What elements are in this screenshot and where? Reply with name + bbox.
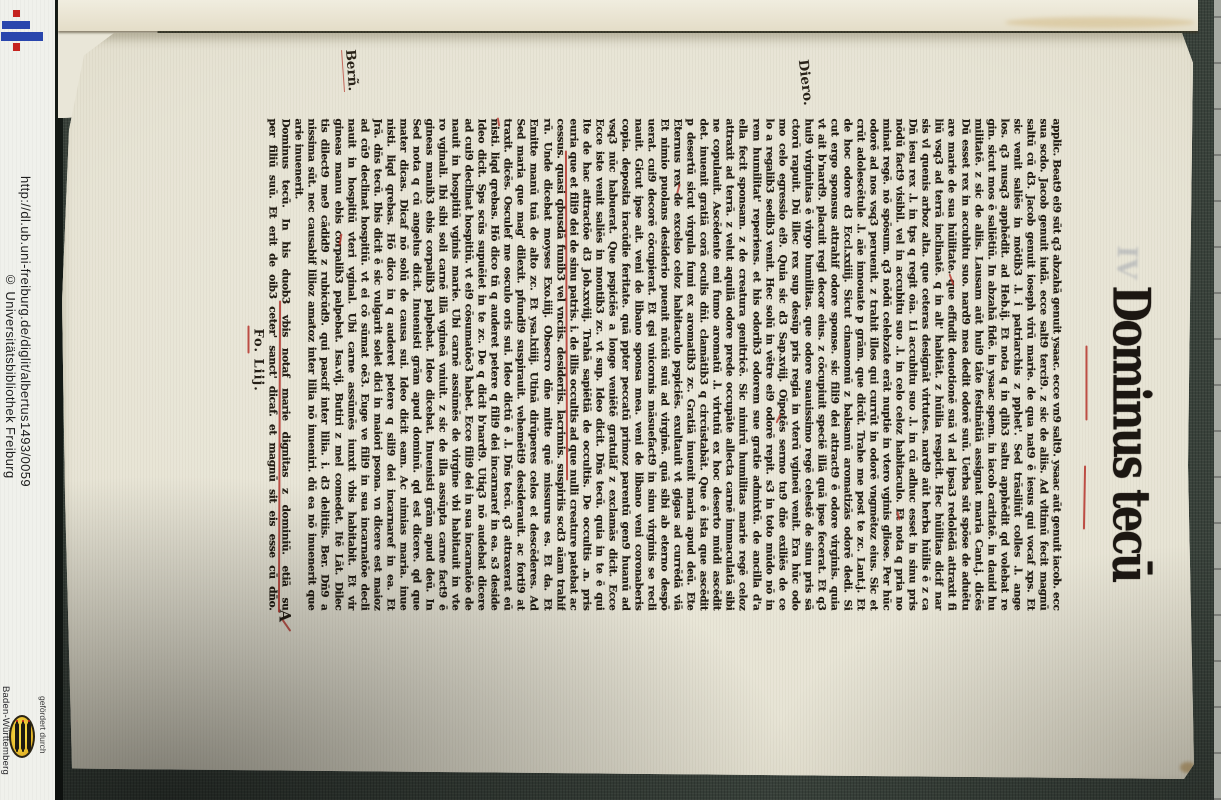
lion-figure	[21, 723, 25, 750]
body-text-line: Dn̄ iesu rex .l. in tps q regit oīa. Li …	[905, 118, 918, 610]
book-page: IV Dominus tecū applic. Beat9 ei9 sūt q3…	[62, 33, 1199, 779]
body-text-line: det. inuenit gratiā corā oculis dn̄i. cl…	[696, 118, 709, 610]
body-text-line: sic venit saliēs in mōtib3 .l. i patriar…	[1010, 118, 1023, 610]
body-text-line: tis dilect9 me9 cādid9 z rubicūd9. qui p…	[317, 118, 330, 610]
body-text-line: vt ait b'nard9. placuit regi decor eius.…	[814, 118, 827, 610]
library-sidebar: http://dl.ub.uni-freiburg.de/diglit/albe…	[0, 0, 55, 800]
body-text-line: ad cū9 declinat hospitiū. vt ei cō sūmat…	[357, 118, 370, 610]
logo-red-block	[13, 10, 20, 17]
red-underline	[1082, 465, 1085, 529]
body-text-line: hui9 virginitas ē virgo humilitas. que o…	[801, 118, 814, 610]
body-text-line: minat regē. nō spōsum. q3 nōdū celebzate…	[879, 118, 892, 610]
source-attribution: http://dl.ub.uni-freiburg.de/diglit/albe…	[3, 176, 33, 606]
ink-offset-ghost: IV	[1109, 244, 1141, 279]
body-text-line: p desertū sicut virgula fumi ex aromatib…	[683, 118, 696, 610]
baden-wuerttemberg-coat-of-arms-icon	[9, 715, 35, 758]
body-text-line: copia. deposita iracūdie feritate. quā p…	[618, 118, 631, 610]
body-text-line: are marie de sua hūilitate. que effudit …	[944, 118, 957, 610]
book-photograph: IV Dominus tecū applic. Beat9 ei9 sūt q3…	[55, 0, 1221, 800]
body-text-line: rem humilitat' reperiens. et his odorib3…	[749, 118, 762, 610]
body-text-line: nauit in hospitiū vginis marie. Ubi carn…	[448, 118, 461, 610]
red-underline	[247, 325, 249, 353]
source-url: http://dl.ub.uni-freiburg.de/diglit/albe…	[18, 176, 33, 606]
body-text-line: nissima sūt. nec causabif lilioz amatoz …	[304, 118, 317, 610]
body-text-line: sua scdo. Jacob genuit iudā. ecce salt9 …	[1036, 118, 1049, 610]
body-text-line: applic. Beat9 ei9 sūt q3 abzahā genuit y…	[1049, 118, 1062, 610]
running-title: Dominus tecū	[1104, 285, 1155, 498]
body-text-line: Jrā. dn̄s tecū. Ibis dicit ē sic vulgari…	[370, 118, 383, 610]
lion-figure	[15, 723, 19, 750]
body-text-line: nisti. liqd qrebas. Hō dico tn̄ q audere…	[487, 118, 500, 610]
body-text-line: ro vginali. Ibi sibi soli carnē illā vgi…	[435, 118, 448, 610]
body-text-line: cut ergo sponsus attrahif odore sponse. …	[827, 118, 840, 610]
body-text-line: Ecce iste venit saliēs in montib3 zc. vt…	[592, 118, 605, 610]
body-text-line: Sed nota q cū angelus dicit. Inuenisti g…	[409, 118, 422, 610]
body-text-line: de hoc odore d3 Eccl.xxiiij. Sicut cinam…	[840, 118, 853, 610]
funding-region-label: Baden-Württemberg	[0, 686, 11, 800]
body-text-line: mo celo egressio ei9. Quia sic d3 Sap.xv…	[775, 118, 788, 610]
body-text-line: los. q3 nusq3 apphēdit. ad Heb.ij. Et no…	[997, 118, 1010, 610]
body-text-line: traxit. dicēs. Osculef me osculo oris su…	[500, 118, 513, 610]
body-text-line: gineas manib3 ebis corpalib3 palpebat. I…	[422, 118, 435, 610]
body-text-line: militatē. z sic de aliis. Lausam aūt hui…	[971, 118, 984, 610]
scanned-book-viewer: IV Dominus tecū applic. Beat9 ei9 sūt q3…	[0, 0, 1221, 800]
body-text-line: Sed maria que mag' dilexit. pfundi9 susp…	[513, 118, 526, 610]
red-underline	[277, 300, 280, 612]
margin-note-hiero: Diero.	[794, 58, 815, 106]
body-text-line: nauit in hospitiū vteri vginal. Ubi carn…	[344, 118, 357, 610]
funding-label: gefördert durch	[38, 696, 48, 758]
ub-freiburg-logo-icon	[0, 0, 55, 60]
body-text-line: gin. sicut mos ē saliētiū. In abzahā fid…	[984, 118, 997, 610]
lion-figure	[27, 723, 31, 750]
copyright-line: © Universitätsbibliothek Freiburg	[3, 176, 18, 606]
shadow-gutter	[55, 0, 63, 800]
body-text-line: attraxit ad terrā. z velut aquilā odore …	[722, 118, 735, 610]
body-text-line: ella fecit sponsam. z de creatura genitr…	[735, 118, 748, 610]
logo-red-block	[13, 43, 20, 51]
margin-note-bern: Berñ.	[341, 48, 361, 91]
body-text-line: ctorū rapuit. Dū illec rex sup desūp pri…	[788, 118, 801, 610]
lion-tongue	[22, 720, 24, 722]
body-text-line: sis vl quenis arboz alta. que ceteras de…	[918, 118, 931, 610]
body-text-line: nisti. liqd qrebas. Hō dico in q auderet…	[383, 118, 396, 610]
body-text-line: gineas manu ebis corpalib3 palpebat. Isa…	[331, 118, 344, 610]
body-text-line: cessus. quasi qbusdā funib3 vel vnciis. …	[553, 118, 566, 610]
body-text-line: Et nimio puolans desiderio puenit nūciū …	[657, 118, 670, 610]
body-text-line: arie inuenerit.	[291, 118, 304, 610]
body-text-line: saltū cū d3. Jacob genuit ioseph virū ma…	[1023, 118, 1036, 610]
logo-blue-bar	[1, 32, 43, 41]
body-text-line: vsq3 nūc habuerat. Que pspiciēs a longe …	[605, 118, 618, 610]
lion-tongue	[28, 720, 30, 722]
lion-tongue	[16, 720, 19, 723]
scan-edge-strip	[1214, 0, 1221, 800]
body-text-line: lo a regalib3 sedib3 venit. Hec solū in …	[762, 118, 775, 610]
body-text-line: nauit. Gicut ipse ait. veni de libano sp…	[631, 118, 644, 610]
body-text-line: ad cui9 declinat hospitiū. vt ei9 cōsuma…	[461, 118, 474, 610]
body-text-line: ne copulauit. Ascēdente eni fumo aromatū…	[709, 118, 722, 610]
body-text-line: uerat. cui9 decorē cōcupierat. Et qsi vn…	[644, 118, 657, 610]
body-text-line: Ite de hac attractōe d3 Job.xxviij. Trah…	[579, 118, 592, 610]
rotated-page-content: IV Dominus tecū applic. Beat9 ei9 sūt q3…	[62, 33, 1199, 779]
body-text-line: crūt adolescētule .l. aīe innouate p grā…	[853, 118, 866, 610]
body-text-line: nōdū fact9 visibil. vel in accubitu suo …	[892, 118, 905, 610]
red-underline	[1085, 345, 1087, 420]
body-text-line: liū vsq3 ad terrā inclinatē. q in alt' h…	[931, 118, 944, 610]
folio-number: Fo. Liij.	[250, 328, 265, 391]
body-text-line: per filiū suū. Et erit de oib3 ceter' sa…	[265, 118, 278, 610]
body-text-line: Emitte manū tuā de alto zc. Et ysa.lxiii…	[526, 118, 539, 610]
body-text-line: mater dicas. Dicaf nō solū de causa sui.…	[396, 118, 409, 610]
facing-page-fold	[58, 0, 1198, 31]
body-text-line: rū. Unde dicebat moyses Exo.iiij. Obsecr…	[540, 118, 553, 610]
body-text-block: applic. Beat9 ei9 sūt q3 abzahā genuit y…	[265, 118, 1062, 610]
body-text-line: odorē ad nos vsq3 peruenit. z trahit ill…	[866, 118, 879, 610]
body-text-line: Ideo dicit. Sps scūs supuēiet in te zc. …	[474, 118, 487, 610]
fold-discoloration	[1005, 17, 1195, 28]
body-text-line: Dū esset rex in accubitu suo. nard9 mea …	[958, 118, 971, 610]
logo-blue-bar	[2, 21, 30, 29]
